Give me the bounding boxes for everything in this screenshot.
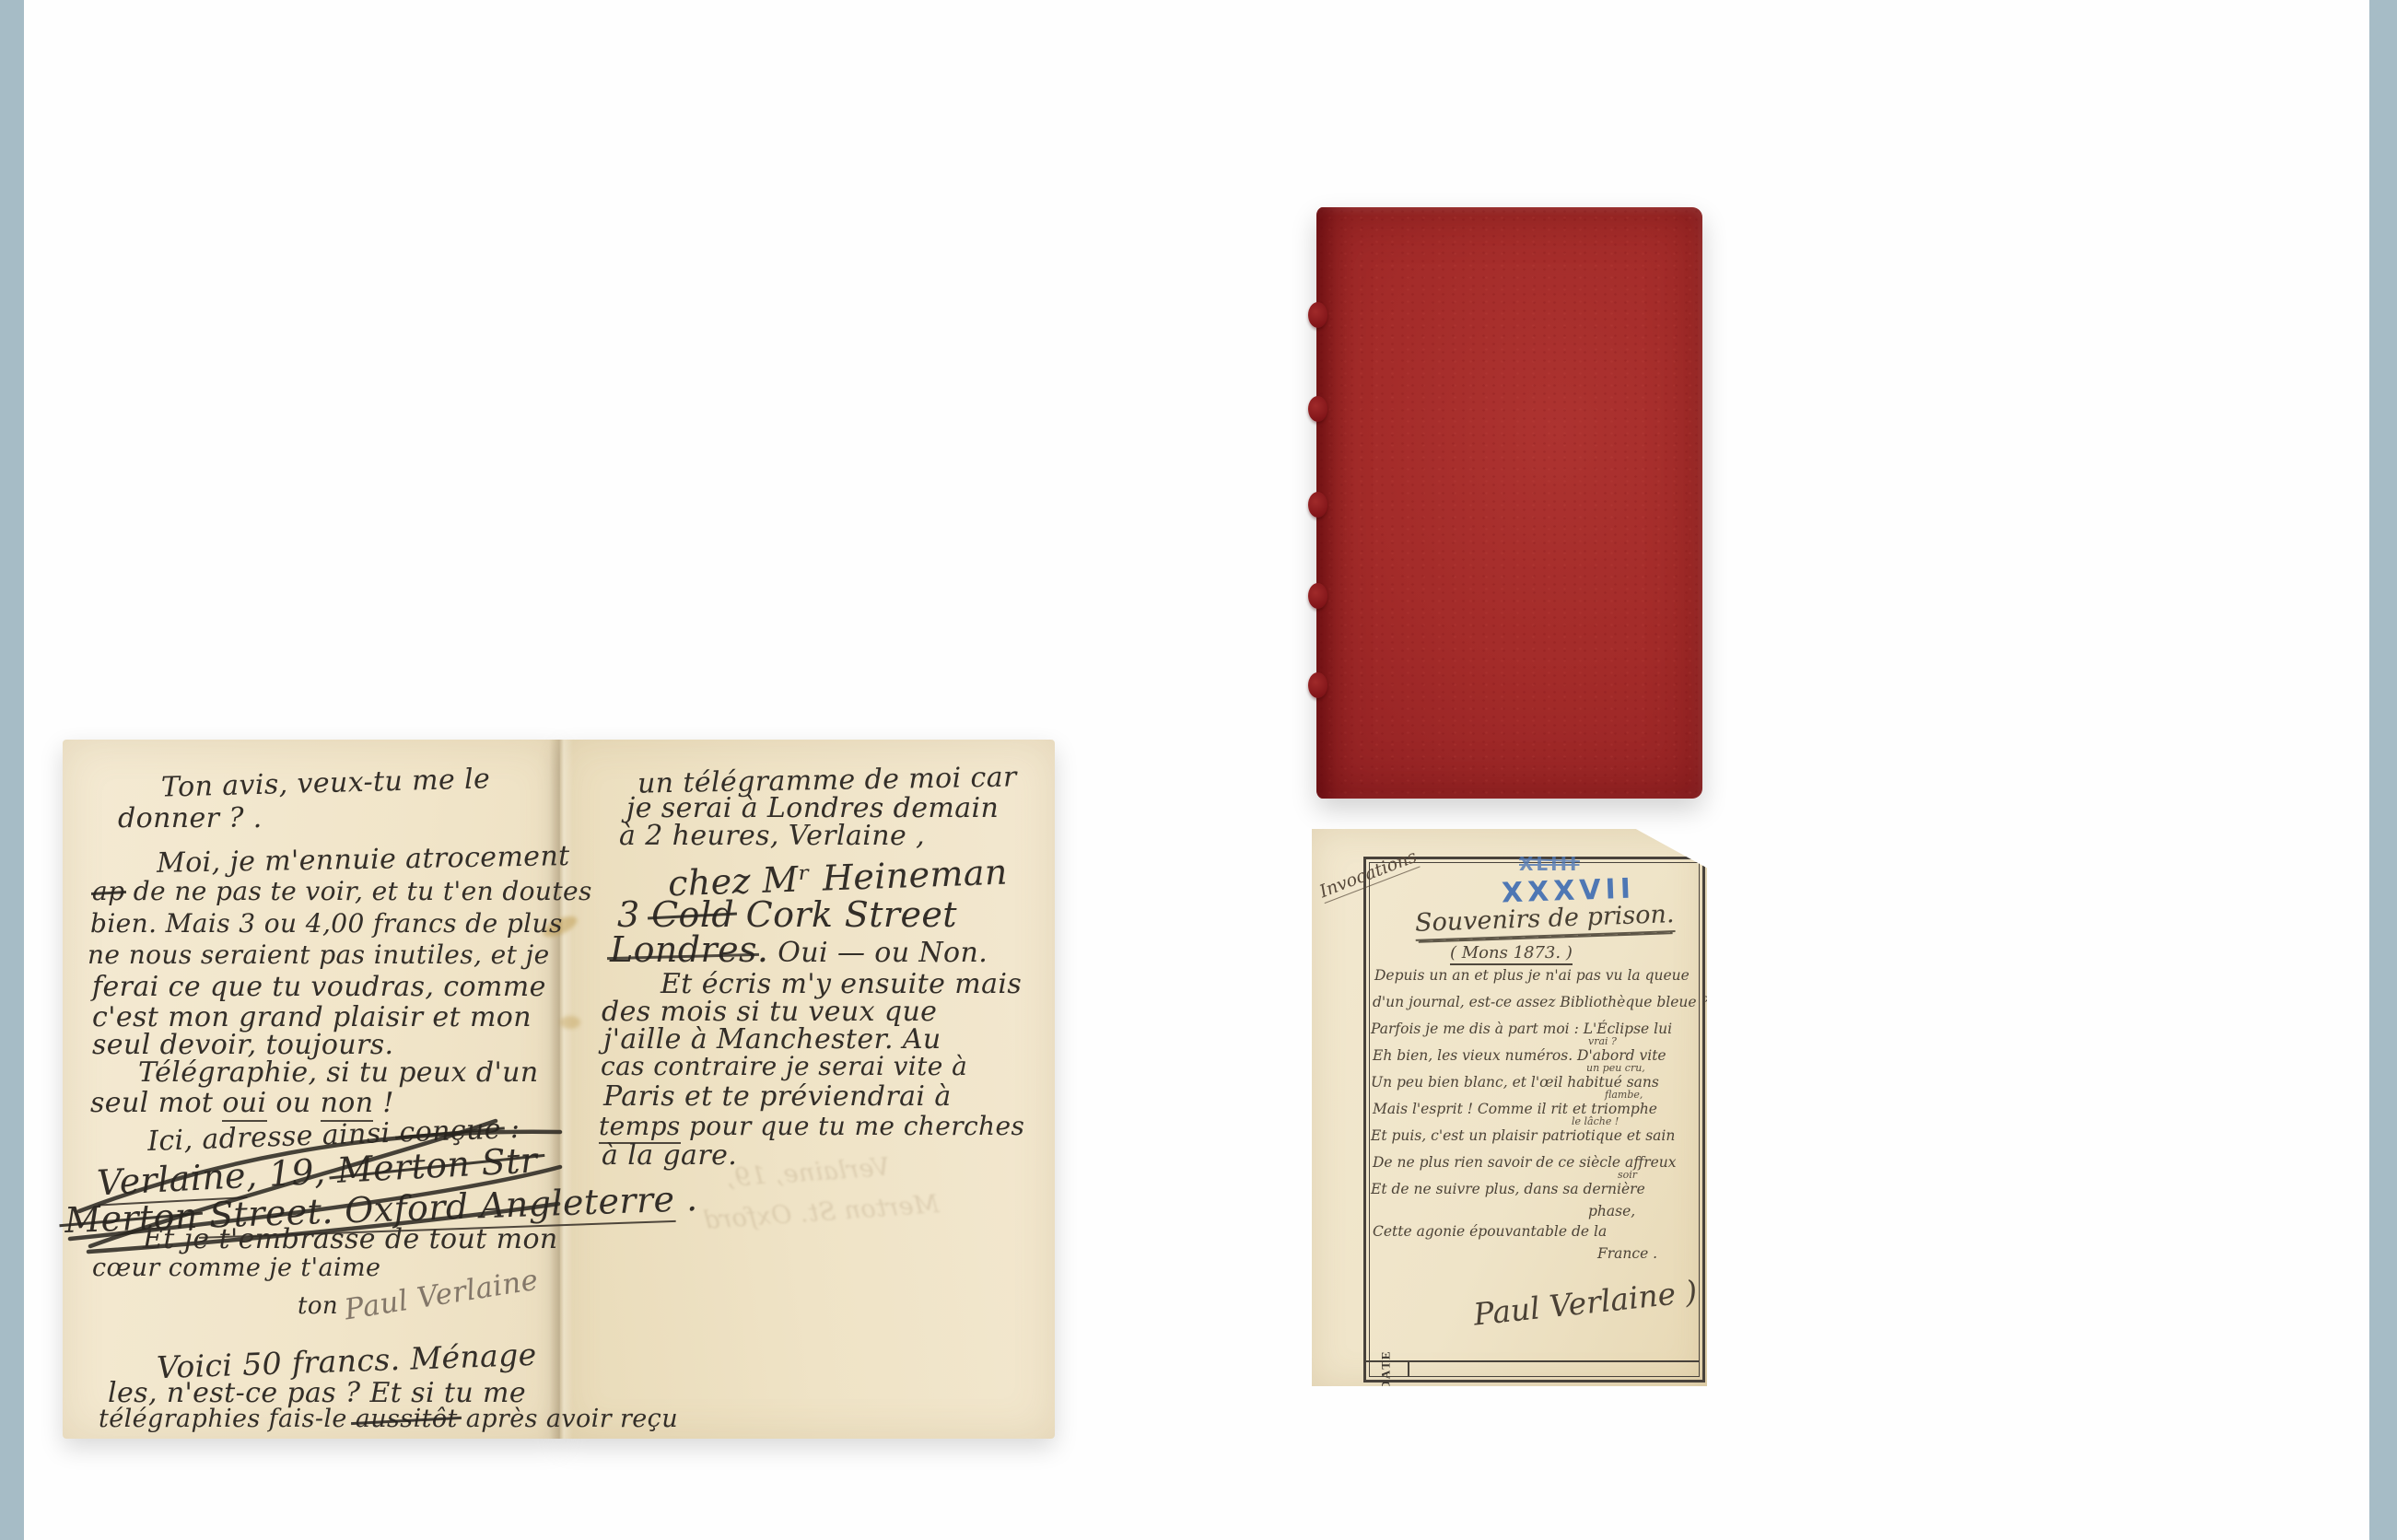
auction-photo-canvas: Ton avis, veux-tu me le donner ? . Moi, … bbox=[0, 0, 2397, 1540]
letter-line: bien. Mais 3 ou 4,00 francs de plus bbox=[90, 908, 563, 939]
letter-line: pour que tu me cherches bbox=[681, 1111, 1025, 1141]
manuscript-line: Et de ne suivre plus, dans sa dernière bbox=[1371, 1181, 1645, 1197]
letter-line: Télégraphie, si tu peux d'un bbox=[138, 1056, 539, 1089]
letter-line: de ne pas te voir, et tu t'en doutes bbox=[124, 876, 591, 906]
ink-stain bbox=[560, 1016, 580, 1029]
spine-band bbox=[1308, 302, 1327, 328]
interlinear-insertion: soir bbox=[1618, 1169, 1637, 1181]
red-book bbox=[1316, 207, 1702, 799]
manuscript-subtitle: ( Mons 1873. ) bbox=[1450, 943, 1573, 965]
letter-line: après avoir reçu bbox=[458, 1405, 678, 1433]
interlinear-insertion: le lâche ! bbox=[1572, 1115, 1619, 1127]
letter-line: Paris et te préviendrai à bbox=[603, 1080, 952, 1113]
manuscript-line: France . bbox=[1597, 1245, 1657, 1262]
frame-footer-rule bbox=[1363, 1360, 1700, 1362]
roman-numeral-struck: XLIII bbox=[1519, 853, 1580, 875]
spine-band bbox=[1308, 672, 1327, 698]
letter-line: donner ? . bbox=[118, 802, 263, 834]
letter-line: ferai ce que tu voudras, comme bbox=[92, 971, 546, 1003]
left-border-bar bbox=[0, 0, 24, 1540]
letter-closing: ton bbox=[298, 1292, 338, 1320]
struck-word: aussitôt bbox=[356, 1405, 458, 1433]
spine-band bbox=[1308, 396, 1327, 422]
manuscript-line: d'un journal, est-ce assez Bibliothèque … bbox=[1373, 994, 1709, 1010]
date-label: DATE bbox=[1379, 1349, 1394, 1389]
spine-band bbox=[1308, 583, 1327, 609]
interlinear-insertion: flambe, bbox=[1605, 1089, 1643, 1101]
manuscript-line: Depuis un an et plus je n'ai pas vu la q… bbox=[1374, 967, 1690, 984]
letter-line: à 2 heures, Verlaine , bbox=[619, 820, 925, 852]
flourished-word: Londres. bbox=[610, 929, 768, 970]
letter-line: Oui — ou Non. bbox=[768, 937, 988, 969]
interlinear-insertion: vrai ? bbox=[1588, 1035, 1617, 1047]
verlaine-letter-bifolium: Ton avis, veux-tu me le donner ? . Moi, … bbox=[63, 740, 1055, 1439]
manuscript-line: Et puis, c'est un plaisir patriotique et… bbox=[1371, 1127, 1675, 1144]
letter-line: . bbox=[674, 1178, 698, 1219]
leather-texture bbox=[1316, 207, 1702, 799]
right-border-bar bbox=[2369, 0, 2397, 1540]
letter-line: cœur comme je t'aime bbox=[92, 1254, 380, 1282]
interlinear-insertion: un peu cru, bbox=[1586, 1062, 1645, 1074]
struck-word: ap bbox=[92, 876, 124, 906]
manuscript-line: Parfois je me dis à part moi : L'Éclipse… bbox=[1371, 1021, 1672, 1037]
manuscript-line: phase, bbox=[1588, 1203, 1635, 1219]
letter-line: ne nous seraient pas inutiles, et je bbox=[88, 939, 550, 970]
letter-line: Et je t'embrasse de tout mon bbox=[143, 1223, 558, 1255]
date-cell: DATE bbox=[1367, 1361, 1406, 1378]
spine-band bbox=[1308, 492, 1327, 518]
letter-line: cas contraire je serai vite à bbox=[601, 1051, 967, 1081]
manuscript-line: Cette agonie épouvantable de la bbox=[1373, 1223, 1607, 1240]
souvenirs-manuscript-page: DATE Invocations XLIII XXXVII Souvenirs … bbox=[1312, 829, 1707, 1386]
letter-line: télégraphies fais-le bbox=[99, 1405, 356, 1433]
letter-line: à la gare. bbox=[602, 1139, 737, 1172]
date-cell-divider bbox=[1408, 1360, 1409, 1377]
